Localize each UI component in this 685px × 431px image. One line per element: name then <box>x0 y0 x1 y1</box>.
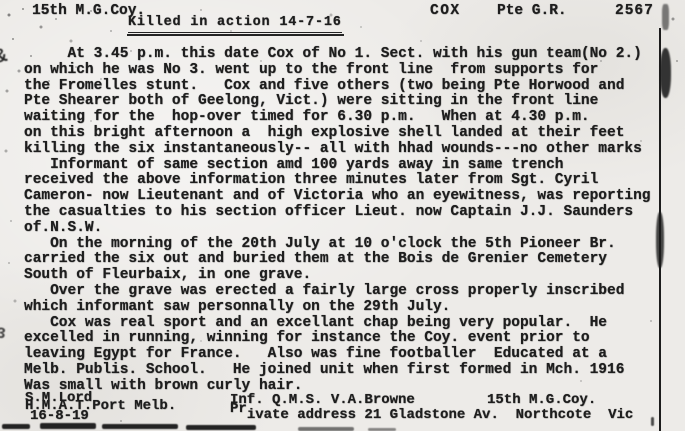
text-line: on which he was No 3. went up to the fro… <box>24 63 651 79</box>
text-line: Over the grave was erected a fairly larg… <box>24 284 651 300</box>
text-line: Cameron- now Lieutenant and of Victoria … <box>24 189 651 205</box>
document-title: Killed in action 14-7-16 <box>128 15 342 33</box>
text-line: received the above information three min… <box>24 173 651 189</box>
header-rank-initials: Pte G.R. <box>497 3 567 19</box>
bottom-edge-smudge <box>298 427 354 431</box>
margin-ink-smudge: ̧3 <box>0 324 7 343</box>
text-line: Melb. Publis. School. He joined unit whe… <box>24 363 651 379</box>
text-line: killing the six instantaneously-- all wi… <box>24 142 651 158</box>
text-line: On the morning of the 20th July at 10 o'… <box>24 237 651 253</box>
footer-address-rest: ivate address 21 Gladstone Av. Northcote… <box>247 407 633 423</box>
bottom-edge-smudge <box>2 424 30 429</box>
footer-date: 16-8-19 <box>30 408 89 424</box>
scan-noise-speckles <box>0 0 2 2</box>
footer-informant-unit: 15th M.G.Coy. <box>487 392 596 408</box>
footer-informant-address: Private address 21 Gladstone Av. Northco… <box>230 407 633 423</box>
footer-informant: Inf. Q.M.S. V.A.Browne <box>230 392 415 408</box>
ink-blot <box>656 212 664 268</box>
text-line: Informant of same section amd 100 yards … <box>24 158 651 174</box>
text-line: of.N.S.W. <box>24 221 651 237</box>
text-line: Pte Shearer both of Geelong, Vict.) were… <box>24 94 651 110</box>
text-line: waiting for the hop-over timed for 6.30 … <box>24 110 651 126</box>
scanned-document-page: 15th M.G.Coy. COX Pte G.R. 2567 Killed i… <box>0 0 685 431</box>
text-line: excelled in running, winning for instanc… <box>24 331 651 347</box>
bottom-edge-smudge <box>40 423 96 429</box>
margin-ink-smudge: & <box>0 45 9 70</box>
text-line: At 3.45 p.m. this date Cox of No 1. Sect… <box>24 47 651 63</box>
header-surname: COX <box>430 3 461 19</box>
text-line: on this bright afternoon a high explosiv… <box>24 126 651 142</box>
footer-address-prefix: Pr <box>230 401 247 417</box>
text-line: Cox was real sport and an excellant chap… <box>24 316 651 332</box>
bottom-edge-smudge <box>186 425 256 430</box>
ink-blot <box>660 48 671 98</box>
text-line: South of Fleurbaix, in one grave. <box>24 268 651 284</box>
ink-blot <box>662 4 669 30</box>
bottom-edge-smudge <box>651 417 654 426</box>
text-line: the casualties to his section officer Li… <box>24 205 651 221</box>
body-text: At 3.45 p.m. this date Cox of No 1. Sect… <box>24 47 651 395</box>
text-line: which informant saw personnally on the 2… <box>24 300 651 316</box>
text-line: leaving Egypt for France. Also was fine … <box>24 347 651 363</box>
bottom-edge-smudge <box>102 424 178 429</box>
text-line: carried the six out and buried them at t… <box>24 252 651 268</box>
header-service-number: 2567 <box>615 3 654 19</box>
